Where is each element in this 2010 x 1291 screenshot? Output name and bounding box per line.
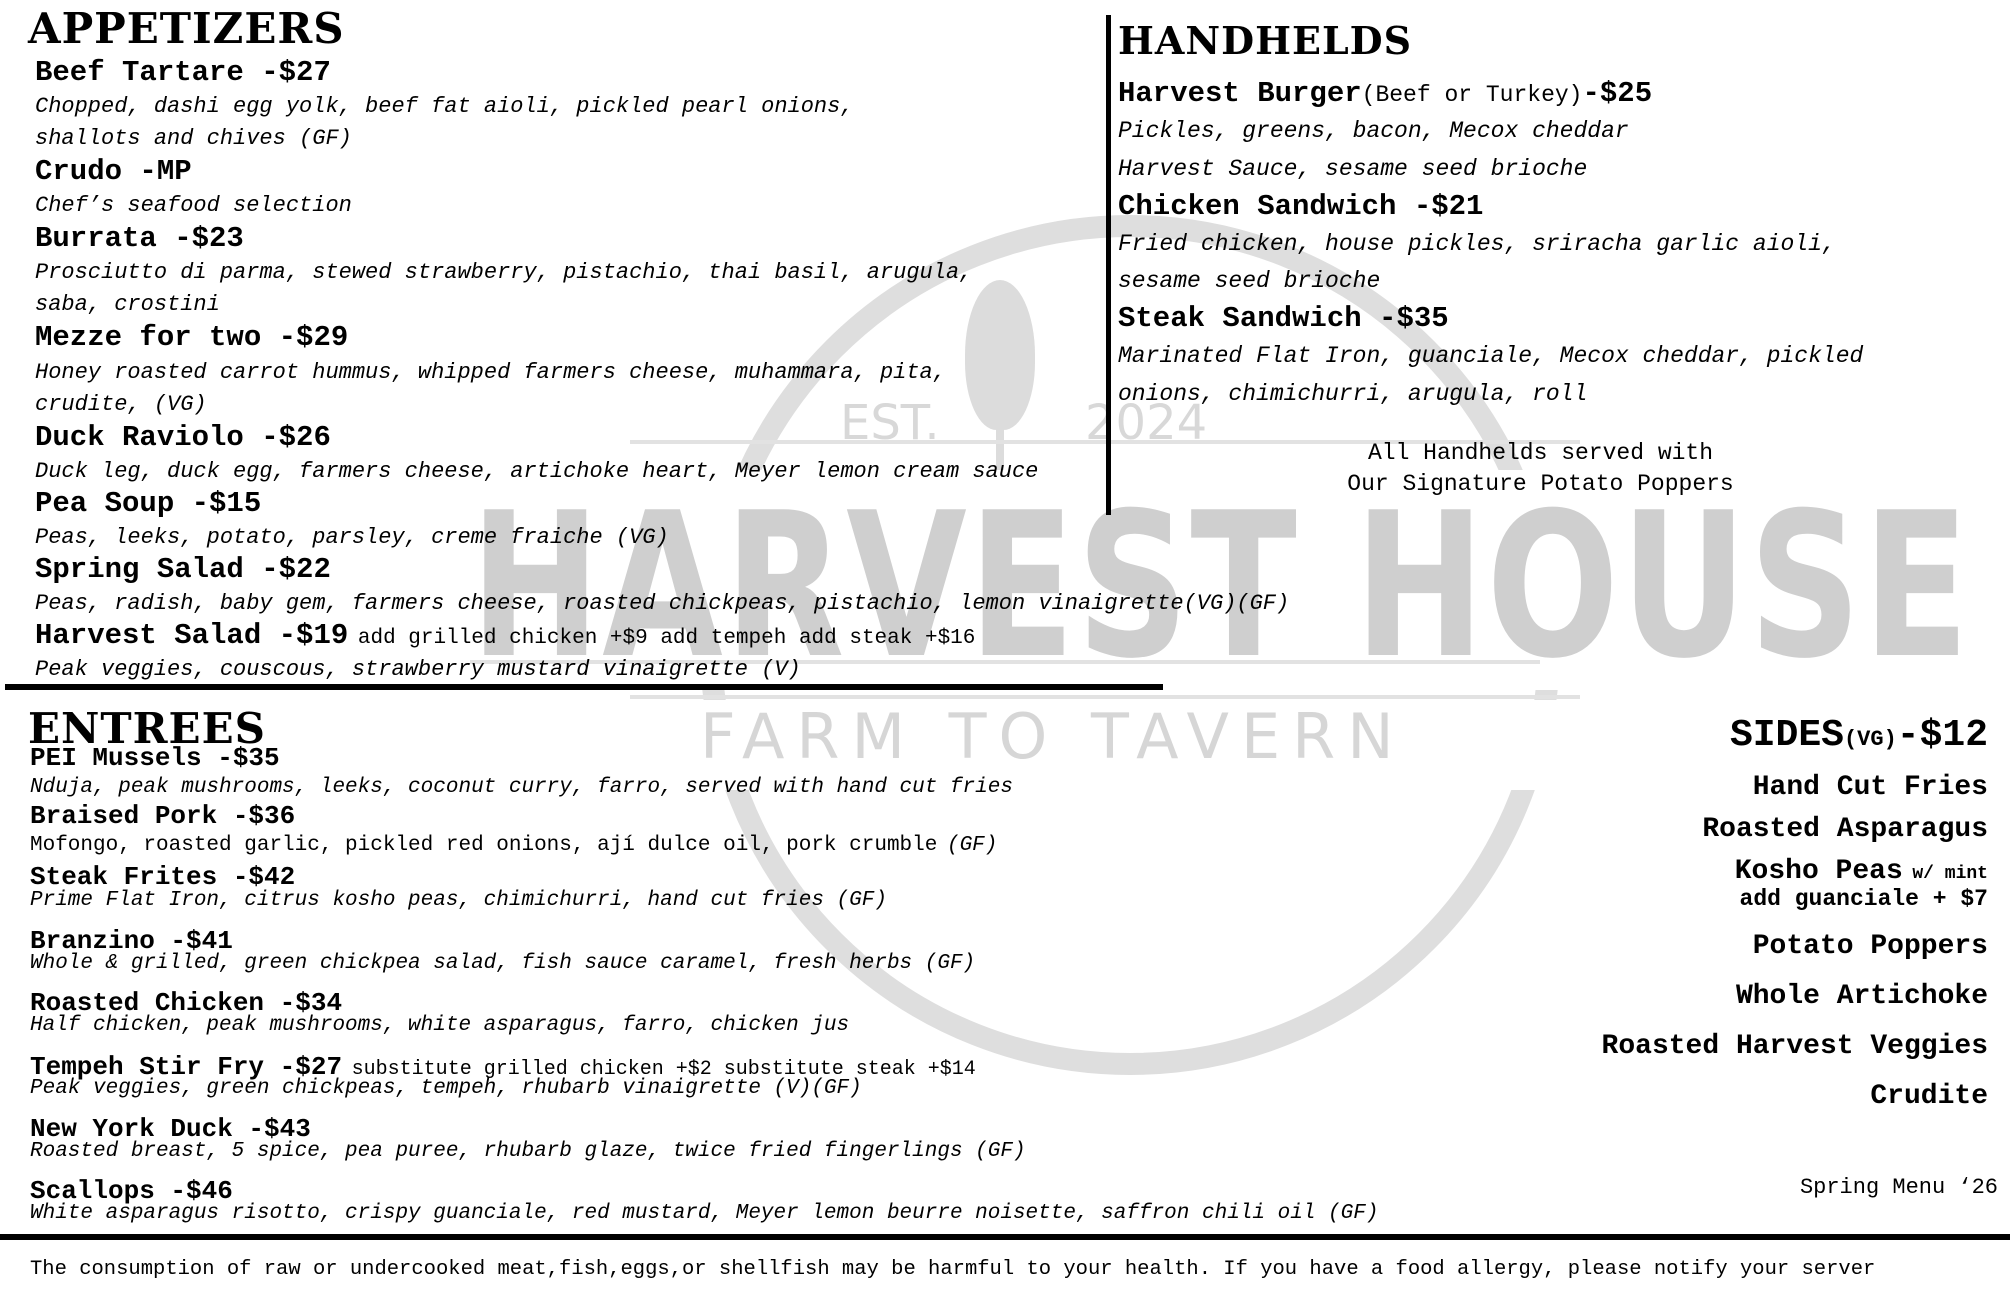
menu-item-desc: crudite, (VG) (35, 392, 207, 417)
sides-heading: SIDES(VG)-$12 (1730, 714, 1988, 757)
menu-item-name: Braised Pork -$36 (30, 801, 295, 831)
side-item: Potato Poppers (1753, 931, 1988, 962)
watermark-rule (630, 695, 1580, 699)
column-divider (1106, 15, 1111, 515)
menu-item-desc: Pickles, greens, bacon, Mecox cheddar (1118, 118, 1629, 144)
footer-divider (0, 1234, 2010, 1240)
side-item: Roasted Harvest Veggies (1602, 1031, 1988, 1062)
menu-item-name: Steak Sandwich -$35 (1118, 302, 1449, 335)
menu-item-desc: Honey roasted carrot hummus, whipped far… (35, 360, 946, 385)
side-item-addon: add guanciale + $7 (1740, 886, 1988, 912)
side-item: Hand Cut Fries (1753, 772, 1988, 803)
menu-item-desc-row: Mofongo, roasted garlic, pickled red oni… (30, 834, 997, 857)
sides-price: -$12 (1897, 714, 1988, 757)
menu-item-addon: add grilled chicken +$9 add tempeh add s… (358, 627, 976, 650)
menu-item-option: (Beef or Turkey) (1362, 82, 1583, 108)
menu-item-desc: Peak veggies, green chickpeas, tempeh, r… (30, 1077, 862, 1100)
menu-item-desc: Chopped, dashi egg yolk, beef fat aioli,… (35, 94, 854, 119)
watermark-subtitle: FARM TO TAVERN (700, 700, 1406, 773)
section-heading: APPETIZERS (28, 4, 345, 53)
footer-disclaimer: The consumption of raw or undercooked me… (30, 1258, 1875, 1281)
menu-item-tag: (GF) (947, 834, 997, 857)
side-item: Crudite (1870, 1081, 1988, 1112)
menu-item-desc: White asparagus risotto, crispy guancial… (30, 1202, 1378, 1225)
menu-item-name: Beef Tartare -$27 (35, 56, 331, 89)
menu-item-row: Harvest Salad -$19 add grilled chicken +… (35, 619, 975, 652)
menu-item-desc: Prosciutto di parma, stewed strawberry, … (35, 260, 972, 285)
menu-item-name: Duck Raviolo -$26 (35, 421, 331, 454)
side-item-row: Kosho Peas w/ mint (1735, 856, 1988, 887)
menu-item-desc: shallots and chives (GF) (35, 126, 352, 151)
menu-item-desc: Peas, radish, baby gem, farmers cheese, … (35, 591, 1289, 616)
side-item-note: w/ mint (1912, 864, 1988, 884)
menu-item-name: Mezze for two -$29 (35, 321, 348, 354)
menu-item-desc: Peas, leeks, potato, parsley, creme frai… (35, 525, 669, 550)
menu-item-name: Crudo -MP (35, 155, 192, 188)
menu-item-name: PEI Mussels -$35 (30, 743, 280, 773)
menu-item-name: Spring Salad -$22 (35, 553, 331, 586)
section-heading: SIDES (1730, 714, 1844, 757)
menu-item-desc: saba, crostini (35, 292, 220, 317)
season-label: Spring Menu ‘26 (1800, 1175, 1998, 1200)
section-divider (5, 684, 1163, 690)
menu-item-name: Harvest Salad -$19 (35, 619, 348, 652)
menu-item-desc: Whole & grilled, green chickpea salad, f… (30, 952, 975, 975)
section-heading: HANDHELDS (1118, 18, 1412, 63)
menu-item-name: Burrata -$23 (35, 222, 244, 255)
menu-item-desc: Nduja, peak mushrooms, leeks, coconut cu… (30, 776, 1013, 799)
menu-item-desc: Fried chicken, house pickles, sriracha g… (1118, 231, 1836, 257)
menu-item-desc: Prime Flat Iron, citrus kosho peas, chim… (30, 889, 887, 912)
menu-item-name: Chicken Sandwich -$21 (1118, 190, 1483, 223)
menu-item-desc: Mofongo, roasted garlic, pickled red oni… (30, 834, 937, 857)
menu-item-desc: Peak veggies, couscous, strawberry musta… (35, 657, 801, 682)
menu-item-desc: Half chicken, peak mushrooms, white aspa… (30, 1014, 849, 1037)
menu-item-desc: onions, chimichurri, arugula, roll (1118, 381, 1587, 407)
menu-item-name: Pea Soup -$15 (35, 487, 261, 520)
side-item: Roasted Asparagus (1702, 814, 1988, 845)
side-item: Kosho Peas (1735, 856, 1903, 887)
menu-item-desc: Chef’s seafood selection (35, 193, 352, 218)
menu-item-desc: Harvest Sauce, sesame seed brioche (1118, 156, 1587, 182)
menu-item-desc: Roasted breast, 5 spice, pea puree, rhub… (30, 1140, 1026, 1163)
side-item: Whole Artichoke (1736, 981, 1988, 1012)
sides-tag: (VG) (1844, 727, 1897, 752)
menu-item-desc: Duck leg, duck egg, farmers cheese, arti… (35, 459, 1038, 484)
menu-item-price: -$25 (1582, 77, 1652, 110)
menu-item-name: Steak Frites -$42 (30, 862, 295, 892)
menu-item-name: Harvest Burger (1118, 77, 1362, 110)
handhelds-note: All Handhelds served with (1118, 440, 1963, 466)
menu-item-row: Harvest Burger(Beef or Turkey)-$25 (1118, 77, 1652, 110)
handhelds-note: Our Signature Potato Poppers (1118, 471, 1963, 497)
wheat-icon (965, 280, 1035, 430)
menu-item-desc: sesame seed brioche (1118, 268, 1380, 294)
menu-item-desc: Marinated Flat Iron, guanciale, Mecox ch… (1118, 343, 1863, 369)
